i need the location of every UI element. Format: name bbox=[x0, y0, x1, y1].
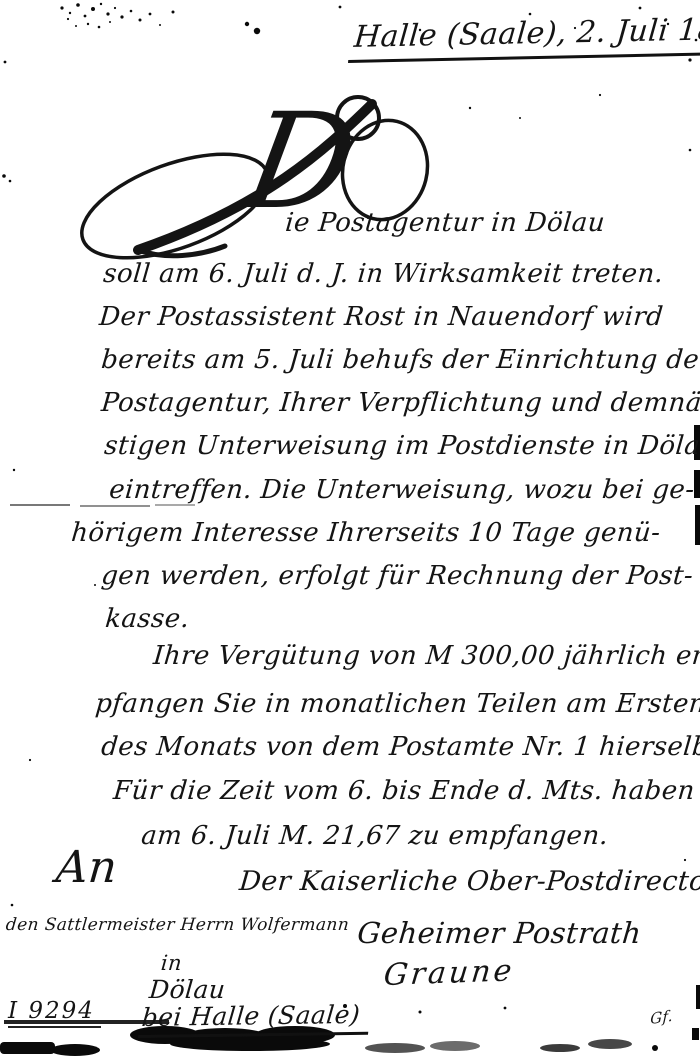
body-line: Der Postassistent Rost in Nauendorf wird bbox=[98, 302, 665, 332]
scanned-letter-page: Halle (Saale), 2. Juli 1886. D ie Postag… bbox=[0, 0, 700, 1057]
body-line: bereits am 5. Juli behufs der Einrichtun… bbox=[100, 345, 700, 375]
reference-number: I 9294 bbox=[8, 998, 101, 1028]
body-line: des Monats von dem Postamte Nr. 1 hierse… bbox=[100, 732, 700, 762]
address-recipient: den Sattlermeister Herrn Wolfermann bbox=[5, 915, 350, 935]
dateline: Halle (Saale), 2. Juli 1886. bbox=[348, 11, 700, 63]
address-near-place: bei Halle (Saale) bbox=[138, 1000, 371, 1038]
body-line: Für die Zeit vom 6. bis Ende d. Mts. hab… bbox=[112, 776, 700, 806]
body-line: Postagentur, Ihrer Verpflichtung und dem… bbox=[100, 388, 700, 418]
body-line: hörigem Interesse Ihrerseits 10 Tage gen… bbox=[70, 518, 662, 548]
body-line: pfangen Sie in monatlichen Teilen am Ers… bbox=[94, 689, 700, 719]
address-in-word: in bbox=[160, 951, 183, 975]
body-line: eintreffen. Die Unterweisung, wozu bei g… bbox=[108, 475, 696, 505]
body-line: soll am 6. Juli d. J. in Wirksamkeit tre… bbox=[102, 259, 665, 289]
body-line: stigen Unterweisung im Postdienste in Dö… bbox=[103, 431, 700, 461]
address-salutation: An bbox=[54, 842, 119, 893]
body-line: am 6. Juli M. 21,67 zu empfangen. bbox=[140, 821, 610, 851]
body-line: kasse. bbox=[104, 604, 191, 634]
body-line: Ihre Vergütung von M 300,00 jährlich em- bbox=[152, 641, 700, 671]
closing-title-line: Der Kaiserliche Ober-Postdirector, bbox=[238, 866, 700, 897]
body-line: gen werden, erfolgt für Rechnung der Pos… bbox=[100, 561, 694, 591]
clerk-initials: Gf. bbox=[650, 1007, 673, 1028]
opening-line: ie Postagentur in Dölau bbox=[284, 208, 606, 238]
address-place: Dölau bbox=[148, 975, 227, 1004]
signature: Graune bbox=[382, 953, 516, 993]
closing-rank-line: Geheimer Postrath bbox=[356, 916, 643, 950]
